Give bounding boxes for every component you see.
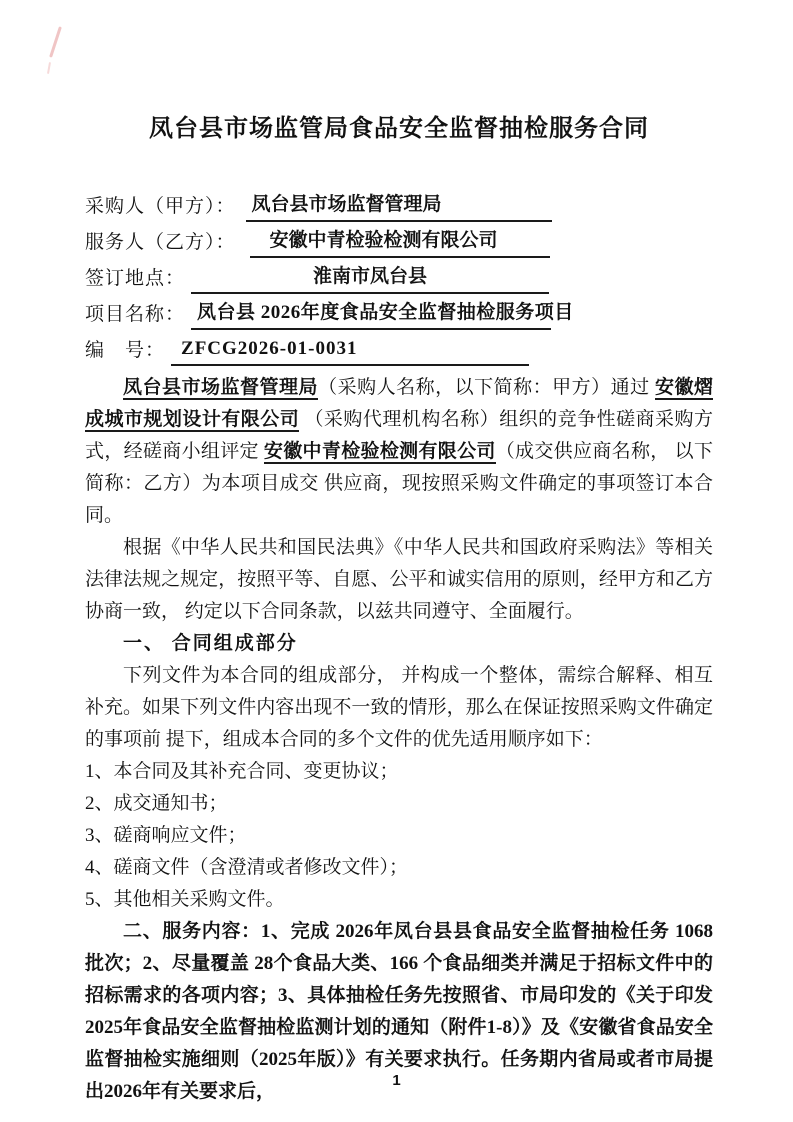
field-provider-value: 安徽中青检验检测有限公司	[250, 226, 550, 258]
intro-paragraph: 凤台县市场监督管理局（采购人名称，以下简称：甲方）通过 安徽熠成城市规划设计有限…	[85, 372, 713, 532]
paragraph-text: （采购人名称，以下简称：甲方）通过	[318, 377, 655, 398]
pen-mark	[47, 62, 51, 74]
field-purchaser: 采购人（甲方）： 凤台县市场监督管理局	[85, 186, 713, 222]
document-content: 凤台县市场监管局食品安全监督抽检服务合同 采购人（甲方）： 凤台县市场监督管理局…	[85, 0, 713, 1108]
field-provider-label: 服务人（乙方）：	[85, 228, 236, 258]
field-contract-number: 编 号： ZFCG2026-01-0031	[85, 330, 713, 366]
document-body: 凤台县市场监督管理局（采购人名称，以下简称：甲方）通过 安徽熠成城市规划设计有限…	[85, 372, 713, 1108]
field-signing-place-label: 签订地点：	[85, 264, 185, 294]
field-signing-place: 签订地点： 淮南市凤台县	[85, 258, 713, 294]
list-item: 1、本合同及其补充合同、变更协议；	[85, 756, 713, 788]
contract-document-page: 凤台县市场监管局食品安全监督抽检服务合同 采购人（甲方）： 凤台县市场监督管理局…	[0, 0, 793, 1122]
field-contract-number-label: 编 号：	[85, 336, 165, 366]
field-provider: 服务人（乙方）： 安徽中青检验检测有限公司	[85, 222, 713, 258]
field-project-name-value: 凤台县 2026年度食品安全监督抽检服务项目	[191, 298, 551, 330]
field-project-name: 项目名称： 凤台县 2026年度食品安全监督抽检服务项目	[85, 294, 713, 330]
section-1-body: 下列文件为本合同的组成部分， 并构成一个整体，需综合解释、相互补充。如果下列文件…	[85, 660, 713, 756]
section-2-label: 二、服务内容：	[123, 921, 261, 942]
field-purchaser-value: 凤台县市场监督管理局	[246, 190, 552, 222]
section-1-heading: 一、 合同组成部分	[85, 628, 713, 660]
underlined-party-name: 凤台县市场监督管理局	[123, 377, 318, 400]
field-project-name-label: 项目名称：	[85, 300, 185, 330]
page-number: 1	[0, 1072, 793, 1089]
document-title: 凤台县市场监管局食品安全监督抽检服务合同	[85, 112, 713, 146]
field-purchaser-label: 采购人（甲方）：	[85, 192, 236, 222]
composition-list: 1、本合同及其补充合同、变更协议；2、成交通知书；3、磋商响应文件；4、磋商文件…	[85, 756, 713, 916]
list-item: 5、其他相关采购文件。	[85, 884, 713, 916]
pen-mark	[49, 26, 62, 57]
list-item: 3、磋商响应文件；	[85, 820, 713, 852]
field-signing-place-value: 淮南市凤台县	[191, 262, 549, 294]
legal-basis-paragraph: 根据《中华人民共和国民法典》《中华人民共和国政府采购法》等相关法律法规之规定，按…	[85, 532, 713, 628]
contract-header-fields: 采购人（甲方）： 凤台县市场监督管理局 服务人（乙方）： 安徽中青检验检测有限公…	[85, 186, 713, 366]
underlined-party-name: 安徽中青检验检测有限公司	[264, 441, 496, 464]
list-item: 2、成交通知书；	[85, 788, 713, 820]
field-contract-number-value: ZFCG2026-01-0031	[171, 334, 529, 366]
list-item: 4、磋商文件（含澄清或者修改文件）；	[85, 852, 713, 884]
